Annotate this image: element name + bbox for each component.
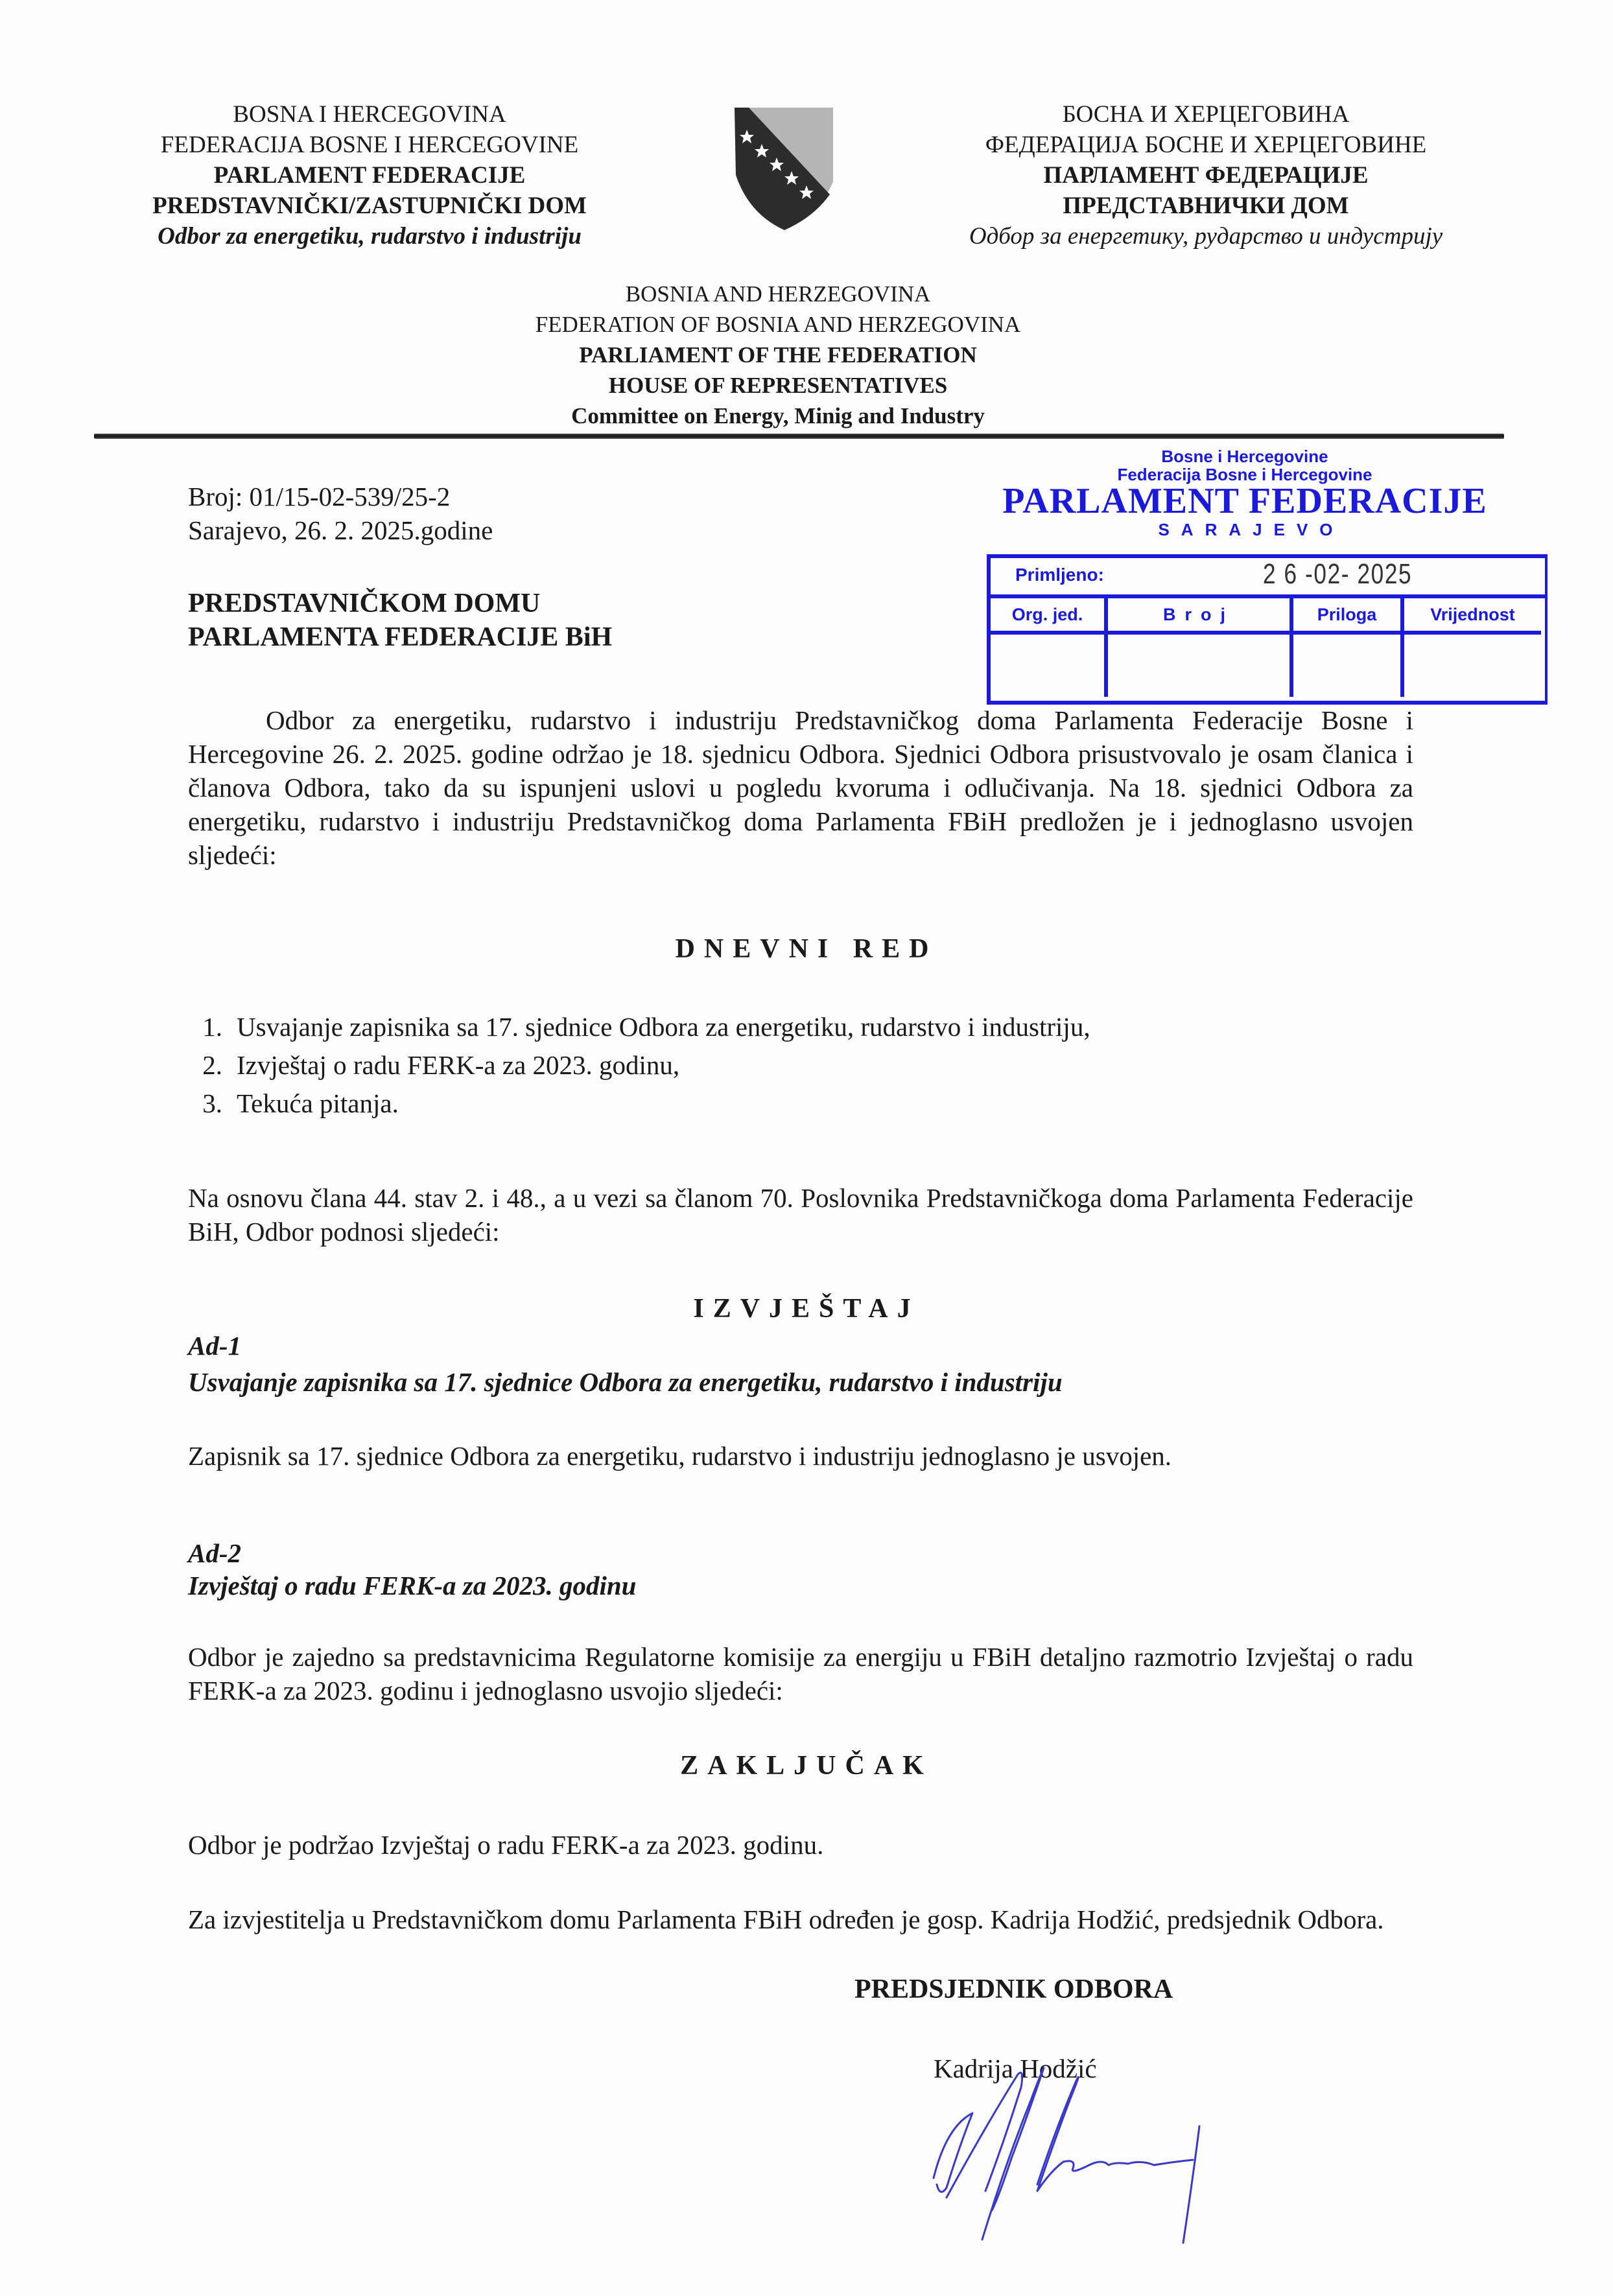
header-entity-cyr: ФЕДЕРАЦИЈА БОСНЕ И ХЕРЦЕГОВИНЕ <box>921 130 1491 160</box>
stamp-table: Primljeno: 2 6 -02- 2025 Org. jed. Broj … <box>987 554 1548 705</box>
reference-block: Broj: 01/15-02-539/25-2 Sarajevo, 26. 2.… <box>188 480 493 547</box>
agenda-item: 1.Usvajanje zapisnika sa 17. sjednice Od… <box>175 1008 1090 1046</box>
rapporteur-paragraph: Za izvjestitelja u Predstavničkom domu P… <box>188 1903 1413 1936</box>
header-house: PREDSTAVNIČKI/ZASTUPNIČKI DOM <box>97 191 642 221</box>
stamp-line1: Bosne i Hercegovine <box>940 447 1549 465</box>
ad2-title: Izvještaj o radu FERK-a za 2023. godinu <box>188 1569 636 1602</box>
header-divider <box>94 434 1504 439</box>
ad1-text: Zapisnik sa 17. sjednice Odbora za energ… <box>188 1439 1413 1473</box>
ad2-text: Odbor je zajedno sa predstavnicima Regul… <box>188 1640 1413 1707</box>
recipient-line1: PREDSTAVNIČKOM DOMU <box>188 587 612 620</box>
agenda-list: 1.Usvajanje zapisnika sa 17. sjednice Od… <box>175 1008 1090 1123</box>
header-english: BOSNIA AND HERZEGOVINA FEDERATION OF BOS… <box>454 279 1102 431</box>
ad2-label: Ad-2 <box>188 1536 241 1570</box>
conclusion-text: Odbor je podržao Izvještaj o radu FERK-a… <box>188 1828 1413 1862</box>
header-house-en: HOUSE OF REPRESENTATIVES <box>454 370 1102 401</box>
header-bosnian: BOSNA I HERCEGOVINA FEDERACIJA BOSNE I H… <box>97 99 642 252</box>
intro-paragraph: Odbor za energetiku, rudarstvo i industr… <box>188 703 1413 872</box>
header-country-cyr: БОСНА И ХЕРЦЕГОВИНА <box>921 99 1491 130</box>
header-parliament-en: PARLIAMENT OF THE FEDERATION <box>454 340 1102 370</box>
header-parliament: PARLAMENT FEDERACIJE <box>97 160 642 191</box>
header-entity: FEDERACIJA BOSNE I HERCEGOVINE <box>97 130 642 160</box>
conclusion-heading: ZAKLJUČAK <box>0 1750 1613 1781</box>
agenda-item: 3.Tekuća pitanja. <box>175 1084 1090 1123</box>
stamp-col-org: Org. jed. <box>991 598 1108 697</box>
header-house-cyr: ПРЕДСТАВНИЧКИ ДОМ <box>921 191 1491 221</box>
header-entity-en: FEDERATION OF BOSNIA AND HERZEGOVINA <box>454 309 1102 340</box>
ad1-title: Usvajanje zapisnika sa 17. sjednice Odbo… <box>188 1365 1063 1399</box>
stamp-line3: PARLAMENT FEDERACIJE <box>940 484 1549 519</box>
stamp-city: SARAJEVO <box>953 519 1549 541</box>
header-cyrillic: БОСНА И ХЕРЦЕГОВИНА ФЕДЕРАЦИЈА БОСНЕ И Х… <box>921 99 1491 252</box>
handwritten-signature-icon <box>908 2048 1271 2262</box>
legal-basis-paragraph: Na osnovu člana 44. stav 2. i 48., a u v… <box>188 1181 1413 1248</box>
document-place-date: Sarajevo, 26. 2. 2025.godine <box>188 513 493 547</box>
stamp-col-number: Broj <box>1108 598 1293 697</box>
stamp-received-label: Primljeno: <box>1015 565 1104 585</box>
stamp-received-row: Primljeno: 2 6 -02- 2025 <box>991 558 1545 598</box>
header-committee-en: Committee on Energy, Minig and Industry <box>454 401 1102 431</box>
agenda-item: 2.Izvještaj o radu FERK-a za 2023. godin… <box>175 1046 1090 1084</box>
received-stamp: Bosne i Hercegovine Federacija Bosne i H… <box>979 447 1549 541</box>
recipient-block: PREDSTAVNIČKOM DOMU PARLAMENTA FEDERACIJ… <box>188 587 612 654</box>
agenda-heading: DNEVNI RED <box>0 933 1613 965</box>
header-committee-cyr: Одбор за енергетику, рударство и индустр… <box>921 221 1491 252</box>
ad1-label: Ad-1 <box>188 1329 241 1363</box>
recipient-line2: PARLAMENTA FEDERACIJE BiH <box>188 620 612 654</box>
report-heading: IZVJEŠTAJ <box>0 1293 1613 1324</box>
stamp-col-attachments: Priloga <box>1293 598 1404 697</box>
signatory-title: PREDSJEDNIK ODBORA <box>854 1974 1173 2005</box>
header-parliament-cyr: ПАРЛАМЕНТ ФЕДЕРАЦИЈЕ <box>921 160 1491 191</box>
stamp-received-date: 2 6 -02- 2025 <box>1263 558 1412 591</box>
header-country-en: BOSNIA AND HERZEGOVINA <box>454 279 1102 309</box>
bih-coat-of-arms-icon <box>729 104 840 233</box>
header-country: BOSNA I HERCEGOVINA <box>97 99 642 130</box>
stamp-col-value: Vrijednost <box>1404 598 1541 697</box>
header-committee: Odbor za energetiku, rudarstvo i industr… <box>97 221 642 252</box>
document-number: Broj: 01/15-02-539/25-2 <box>188 480 493 513</box>
